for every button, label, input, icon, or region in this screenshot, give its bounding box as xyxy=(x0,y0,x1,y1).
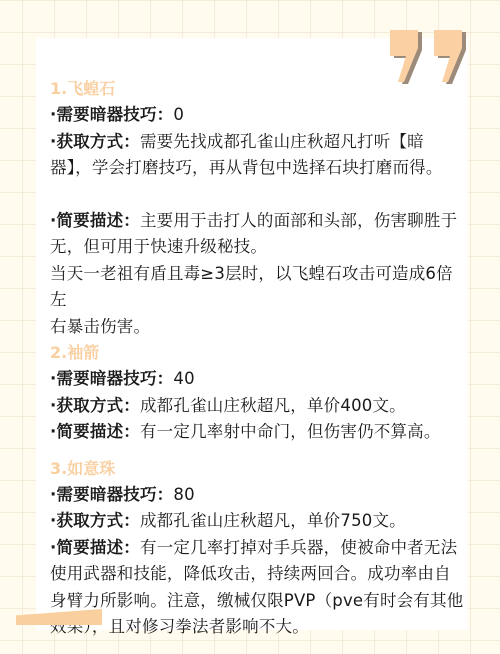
description: ·简要描述：有一定几率射中命门，但伤害仍不算高。 xyxy=(50,419,468,446)
skill-label: ·需要暗器技巧： xyxy=(50,105,173,124)
acquisition: ·获取方式：需要先找成都孔雀山庄秋超凡打听【暗 xyxy=(50,129,468,156)
description-continued: 效果），且对修习拳法者影响不大。 xyxy=(50,614,468,641)
acquisition-label: ·获取方式： xyxy=(50,396,140,415)
note-text-continued: 右暴击伤害。 xyxy=(50,314,468,341)
acquisition-continued: 器】，学会打磨技巧，再从背包中选择石块打磨而得。 xyxy=(50,155,468,182)
acquisition-label: ·获取方式： xyxy=(50,511,140,530)
acquisition-text: 成都孔雀山庄秋超凡，单价750文。 xyxy=(140,511,406,530)
section-xiujian: 2.袖箭 ·需要暗器技巧：40 ·获取方式：成都孔雀山庄秋超凡，单价400文。 … xyxy=(50,340,468,446)
description-text: 有一定几率打掉对手兵器，使被命中者无法 xyxy=(140,538,457,557)
skill-value: 80 xyxy=(173,485,194,504)
acquisition: ·获取方式：成都孔雀山庄秋超凡，单价400文。 xyxy=(50,393,468,420)
description: ·简要描述：有一定几率打掉对手兵器，使被命中者无法 xyxy=(50,535,468,562)
description-text: 主要用于击打人的面部和头部，伤害聊胜于 xyxy=(140,211,457,230)
acquisition: ·获取方式：成都孔雀山庄秋超凡，单价750文。 xyxy=(50,508,468,535)
spacer xyxy=(50,182,468,208)
acquisition-text: 需要先找成都孔雀山庄秋超凡打听【暗 xyxy=(140,132,424,151)
article-content: 1.飞蝗石 ·需要暗器技巧：0 ·获取方式：需要先找成都孔雀山庄秋超凡打听【暗 … xyxy=(50,76,468,641)
description-label: ·简要描述： xyxy=(50,211,140,230)
acquisition-label: ·获取方式： xyxy=(50,132,140,151)
section-title: 3.如意珠 xyxy=(50,456,468,482)
skill-requirement: ·需要暗器技巧：40 xyxy=(50,366,468,393)
note-text: 当天一老祖有盾且毒≥3层时，以飞蝗石攻击可造成6倍左 xyxy=(50,261,468,314)
section-title: 1.飞蝗石 xyxy=(50,76,468,102)
skill-value: 0 xyxy=(173,105,184,124)
skill-label: ·需要暗器技巧： xyxy=(50,369,173,388)
section-title: 2.袖箭 xyxy=(50,340,468,366)
description-continued: 无，但可用于快速升级秘技。 xyxy=(50,234,468,261)
description: ·简要描述：主要用于击打人的面部和头部，伤害聊胜于 xyxy=(50,208,468,235)
section-feihuangshi: 1.飞蝗石 ·需要暗器技巧：0 ·获取方式：需要先找成都孔雀山庄秋超凡打听【暗 … xyxy=(50,76,468,340)
description-continued: 使用武器和技能，降低攻击，持续两回合。成功率由自 xyxy=(50,561,468,588)
description-text: 有一定几率射中命门，但伤害仍不算高。 xyxy=(140,422,441,441)
section-ruyizhu: 3.如意珠 ·需要暗器技巧：80 ·获取方式：成都孔雀山庄秋超凡，单价750文。… xyxy=(50,456,468,641)
skill-label: ·需要暗器技巧： xyxy=(50,485,173,504)
acquisition-text: 成都孔雀山庄秋超凡，单价400文。 xyxy=(140,396,406,415)
skill-requirement: ·需要暗器技巧：80 xyxy=(50,482,468,509)
description-label: ·简要描述： xyxy=(50,538,140,557)
description-label: ·简要描述： xyxy=(50,422,140,441)
skill-requirement: ·需要暗器技巧：0 xyxy=(50,102,468,129)
description-continued: 身臂力所影响。注意，缴械仅限PVP（pve有时会有其他 xyxy=(50,588,468,615)
skill-value: 40 xyxy=(173,369,194,388)
spacer xyxy=(50,446,468,456)
